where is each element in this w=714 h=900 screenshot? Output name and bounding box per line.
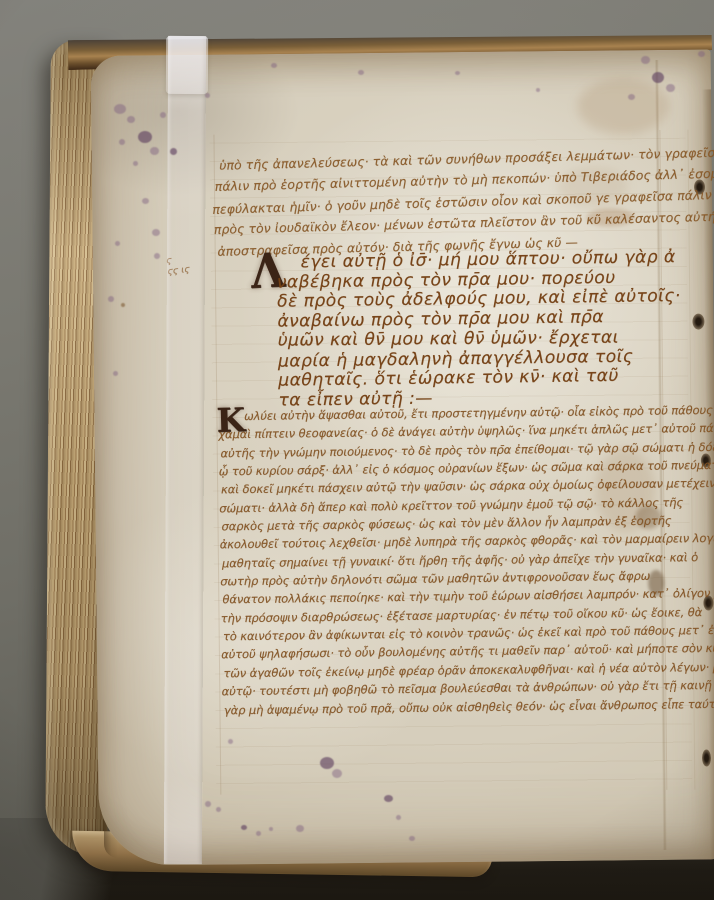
- mold-stain: [216, 807, 221, 812]
- mold-stain: [628, 94, 635, 100]
- mold-stain: [396, 815, 401, 820]
- mold-stain: [652, 72, 664, 83]
- sewing-hole: [692, 314, 704, 330]
- mold-stain: [108, 296, 114, 302]
- mold-stain: [358, 70, 364, 75]
- mold-stain: [127, 116, 135, 123]
- mold-stain: [228, 739, 233, 744]
- mold-stain: [641, 56, 650, 64]
- mold-stain: [269, 827, 273, 831]
- mold-stain: [241, 825, 247, 830]
- gospel-lection-text: έγει αὐτῇ ὁ ἰσ̄· μή μου ἅπτου· οὔπω γὰρ …: [276, 248, 682, 411]
- codex-book: ϛ ϛϛ ιϛ ὑπὸ τῆς ἀπανελεύσεως· τὰ καὶ τῶν…: [46, 28, 714, 876]
- mold-stain: [115, 241, 120, 246]
- mold-stain: [205, 93, 210, 98]
- binding-tape: [164, 36, 206, 864]
- lower-scholion-text: ωλύει αὐτὴν ἅψασθαι αὐτοῦ, ἔτι προστετηγ…: [220, 400, 714, 719]
- mold-stain: [154, 253, 160, 259]
- mold-stain: [142, 198, 149, 204]
- mold-stain: [256, 831, 261, 836]
- mold-stain: [409, 836, 415, 841]
- mold-stain: [119, 139, 125, 145]
- mold-stain: [150, 147, 159, 155]
- mold-stain: [698, 51, 705, 57]
- mold-stain: [113, 371, 118, 376]
- manuscript-photograph: ϛ ϛϛ ιϛ ὑπὸ τῆς ἀπανελεύσεως· τὰ καὶ τῶν…: [0, 0, 714, 900]
- mold-stain: [271, 63, 277, 68]
- mold-stain: [320, 757, 334, 769]
- mold-stain: [332, 769, 342, 778]
- mold-stain: [160, 112, 166, 118]
- mold-stain: [536, 88, 540, 92]
- mold-stain: [384, 795, 393, 802]
- lection-line: ὑμῶν καὶ θν̄ μου καὶ θν̄ ὑμῶν· ἔρχεται: [278, 328, 682, 351]
- mold-stain: [121, 303, 125, 307]
- mold-stain: [133, 161, 138, 166]
- mold-stain: [205, 801, 211, 807]
- mold-stain: [666, 84, 675, 92]
- mold-stain: [296, 825, 304, 832]
- mold-stain: [170, 148, 177, 155]
- mold-stain: [138, 131, 152, 143]
- mold-stain: [152, 229, 160, 236]
- upper-scholion-text: ὑπὸ τῆς ἀπανελεύσεως· τὰ καὶ τῶν συνήθων…: [219, 141, 714, 262]
- mold-stain: [455, 71, 460, 75]
- binding-tape-fold: [166, 36, 208, 94]
- mold-stain: [114, 104, 126, 114]
